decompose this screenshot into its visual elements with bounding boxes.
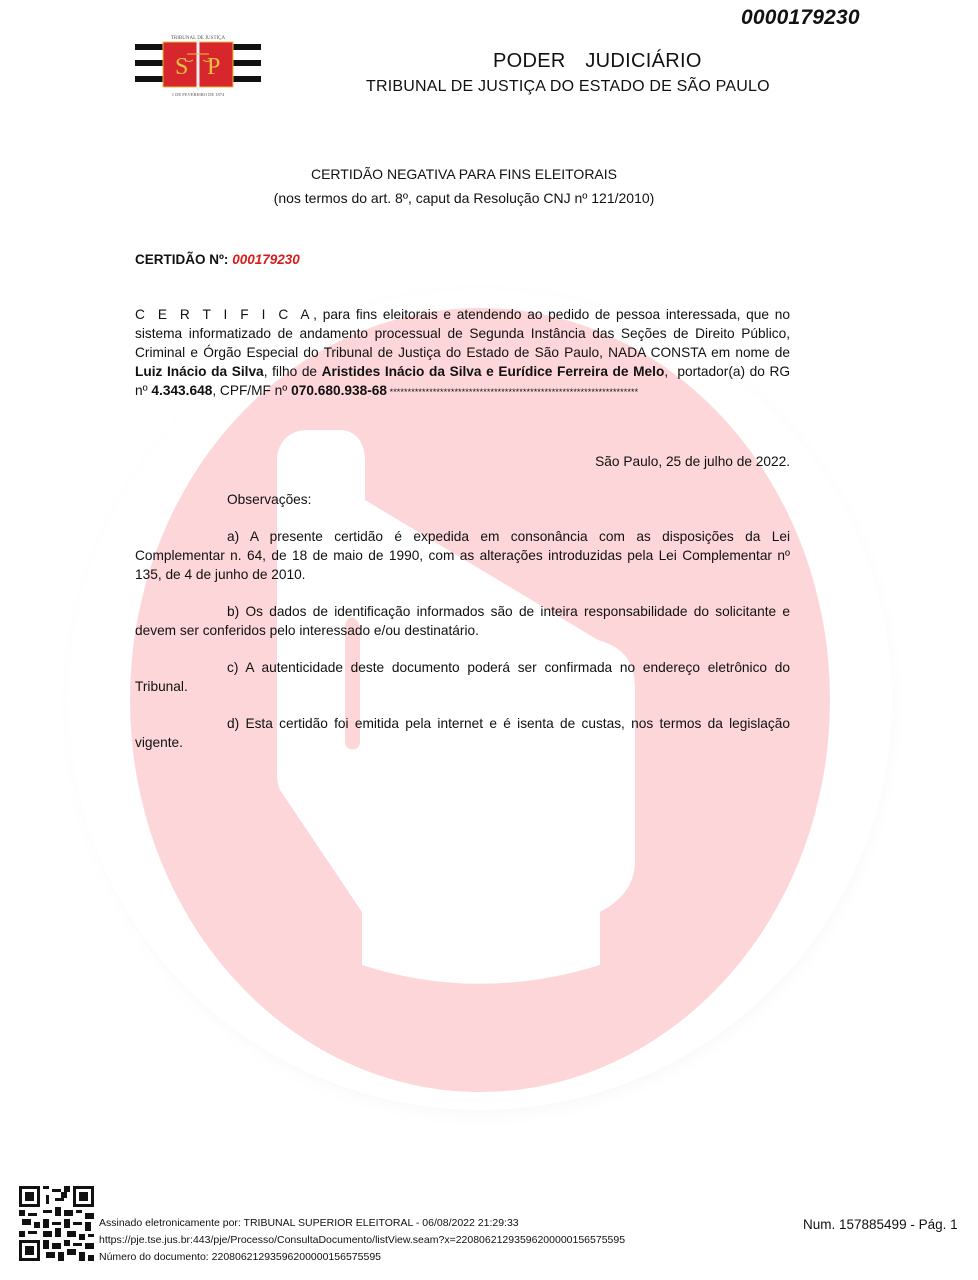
verification-url[interactable]: https://pje.tse.jus.br:443/pje/Processo/… [99, 1232, 625, 1249]
certificate-number-value: 000179230 [232, 252, 300, 267]
observation-item: c) A autenticidade deste documento poder… [135, 658, 790, 696]
rg-number: 4.343.648 [151, 383, 212, 398]
logo-bottom-text: 1 DE FEVEREIRO DE 1874 [172, 92, 225, 97]
observation-item: d) Esta certidão foi emitida pela intern… [135, 714, 790, 752]
certificate-body: C E R T I F I C A, para fins eleitorais … [135, 305, 790, 402]
certificate-subtitle: (nos termos do art. 8º, caput da Resoluç… [0, 190, 928, 206]
certificate-number: CERTIDÃO Nº: 000179230 [135, 252, 300, 267]
observations: Observações: a) A presente certidão é ex… [135, 490, 790, 752]
document-number: 0000179230 [741, 6, 860, 30]
tjsp-logo-icon: TRIBUNAL DE JUSTIÇA S P 1 DE FEVEREIRO D… [135, 32, 261, 98]
filler-asterisks: ****************************************… [387, 387, 638, 397]
parents-names: Aristides Inácio da Silva e Eurídice Fer… [322, 364, 665, 379]
logo-letter-p: P [207, 54, 220, 80]
cpf-number: 070.680.938-68 [291, 383, 387, 398]
logo-letter-s: S [175, 54, 188, 80]
document-id: Número do documento: 2208062129359620000… [99, 1249, 625, 1266]
body-text-part: , filho de [264, 364, 322, 379]
certificate-number-label: CERTIDÃO Nº: [135, 252, 228, 267]
issue-date: São Paulo, 25 de julho de 2022. [135, 454, 790, 469]
body-text-part: , CPF/MF nº [212, 383, 291, 398]
court-name: TRIBUNAL DE JUSTIÇA DO ESTADO DE SÃO PAU… [366, 78, 770, 96]
qr-code-icon[interactable] [19, 1186, 94, 1261]
page-number: Num. 157885499 - Pág. 1 [803, 1217, 958, 1232]
certifica-word: C E R T I F I C A [135, 307, 313, 322]
institution-name: PODER JUDICIÁRIO [493, 50, 702, 73]
signed-by: Assinado eletronicamente por: TRIBUNAL S… [99, 1215, 625, 1232]
observation-item: b) Os dados de identificação informados … [135, 602, 790, 640]
person-name: Luiz Inácio da Silva [135, 364, 264, 379]
observation-item: a) A presente certidão é expedida em con… [135, 527, 790, 584]
signature-info: Assinado eletronicamente por: TRIBUNAL S… [99, 1215, 625, 1266]
certificate-title: CERTIDÃO NEGATIVA PARA FINS ELEITORAIS [0, 166, 928, 182]
observations-title: Observações: [135, 490, 790, 509]
